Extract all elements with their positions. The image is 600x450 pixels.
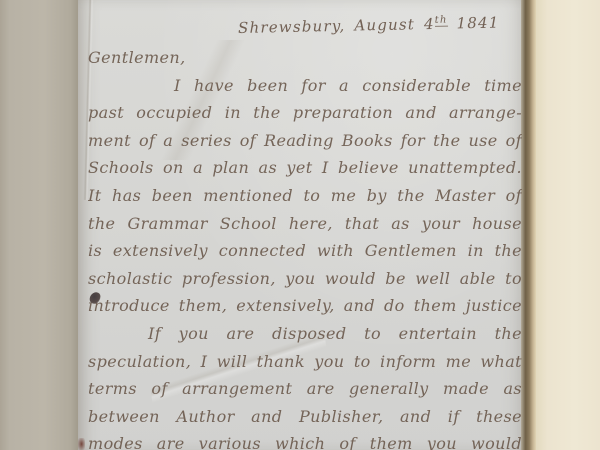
- edge-mark: [78, 438, 85, 450]
- letter-line: I have been for a considerable time: [88, 72, 522, 100]
- letter-line: past occupied in the preparation and arr…: [88, 99, 522, 127]
- letter-line: the Grammar School here, that as your ho…: [88, 210, 522, 238]
- letter-photo: Shrewsbury, August 4th 1841 Gentlemen, I…: [0, 0, 600, 450]
- letter-line: between Author and Publisher, and if the…: [88, 403, 522, 431]
- page-edge: [521, 0, 536, 450]
- page-left-margin: [0, 0, 80, 450]
- letter-line: It has been mentioned to me by the Maste…: [88, 182, 522, 210]
- letter-body: Gentlemen, I have been for a considerabl…: [88, 44, 522, 450]
- letter-line: scholastic profession, you would be well…: [88, 265, 522, 293]
- facing-page: [536, 0, 600, 450]
- letter-line: ment of a series of Reading Books for th…: [88, 127, 522, 155]
- letter-line: introduce them, extensively, and do them…: [88, 292, 522, 320]
- dateline-year: 1841: [447, 14, 499, 33]
- letter-line: terms of arrangement are generally made …: [88, 375, 522, 403]
- letter-line: modes are various which of them you woul…: [88, 430, 522, 450]
- dateline-ordinal: th: [435, 15, 448, 27]
- salutation: Gentlemen,: [88, 44, 522, 72]
- letter-line: If you are disposed to entertain the: [88, 320, 522, 348]
- letter-line: is extensively connected with Gentlemen …: [88, 237, 522, 265]
- letter-line: Schools on a plan as yet I believe unatt…: [88, 154, 522, 182]
- letter-line: speculation, I will thank you to inform …: [88, 348, 522, 376]
